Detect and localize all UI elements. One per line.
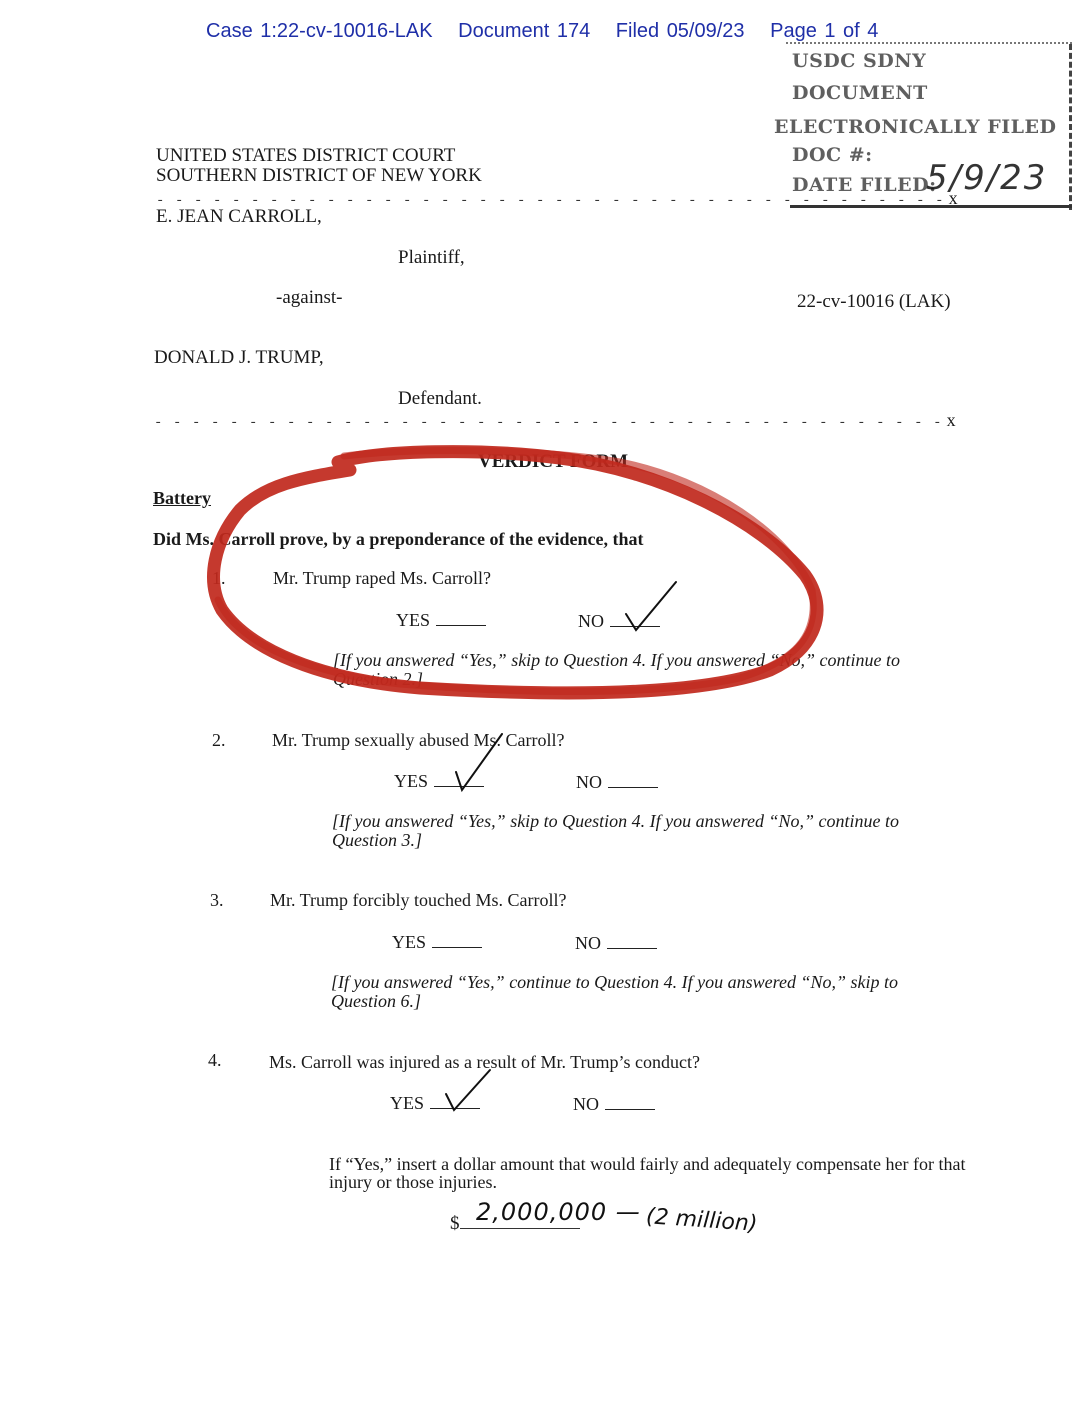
question-4-instruction: If “Yes,” insert a dollar amount that wo…	[329, 1155, 969, 1191]
yes-label: YES	[390, 1093, 424, 1113]
no-label: NO	[575, 933, 601, 953]
damages-amount-handwritten: 2,000,000 —	[476, 1198, 641, 1226]
case-id: Case 1:22-cv-10016-LAK	[206, 20, 433, 42]
stamp-border-right	[1069, 44, 1072, 210]
question-3-yes: YES	[392, 931, 482, 953]
document-number: Document 174	[458, 20, 590, 42]
caption-rule-bottom: - - - - - - - - - - - - - - - - - - - - …	[154, 410, 956, 431]
yes-blank[interactable]	[434, 770, 484, 787]
yes-label: YES	[394, 771, 428, 791]
dash-rule-end: x	[949, 188, 958, 208]
stamp-electronically-filed: ELECTRONICALLY FILED	[774, 116, 1056, 138]
question-2-no: NO	[576, 771, 658, 793]
dash-rule: - - - - - - - - - - - - - - - - - - - - …	[154, 415, 943, 431]
case-number: 22-cv-10016 (LAK)	[797, 291, 951, 313]
question-3-number: 3.	[210, 890, 224, 911]
versus: -against-	[276, 287, 342, 309]
question-3-text: Mr. Trump forcibly touched Ms. Carroll?	[270, 890, 566, 911]
question-1-no: NO	[578, 610, 660, 632]
no-blank[interactable]	[610, 610, 660, 627]
question-4-number: 4.	[208, 1050, 222, 1071]
question-3-no: NO	[575, 932, 657, 954]
plaintiff-role: Plaintiff,	[398, 247, 465, 269]
stamp-border-top	[786, 42, 1072, 44]
plaintiff-name: E. JEAN CARROLL,	[156, 206, 322, 228]
question-1-instruction: [If you answered “Yes,” skip to Question…	[333, 651, 963, 689]
question-1-number: 1.	[212, 568, 226, 589]
yes-blank[interactable]	[430, 1092, 480, 1109]
no-label: NO	[578, 611, 604, 631]
yes-blank[interactable]	[436, 609, 486, 626]
dash-rule-end: x	[947, 410, 956, 430]
no-blank[interactable]	[608, 771, 658, 788]
defendant-name: DONALD J. TRUMP,	[154, 347, 324, 369]
yes-blank[interactable]	[432, 931, 482, 948]
court-name-line2: SOUTHERN DISTRICT OF NEW YORK	[156, 166, 482, 186]
currency-symbol: $	[450, 1213, 460, 1234]
no-label: NO	[573, 1094, 599, 1114]
damages-note-handwritten: (2 million)	[645, 1204, 758, 1237]
question-2-text: Mr. Trump sexually abused Ms. Carroll?	[272, 730, 565, 751]
question-3-instruction: [If you answered “Yes,” continue to Ques…	[331, 973, 961, 1011]
court-name-line1: UNITED STATES DISTRICT COURT	[156, 146, 455, 166]
yes-label: YES	[396, 610, 430, 630]
question-4-yes: YES	[390, 1092, 480, 1114]
no-label: NO	[576, 772, 602, 792]
question-4-text: Ms. Carroll was injured as a result of M…	[269, 1052, 700, 1073]
stamp-doc-number: DOC #:	[792, 144, 873, 166]
question-1-text: Mr. Trump raped Ms. Carroll?	[273, 568, 491, 589]
no-blank[interactable]	[607, 932, 657, 949]
question-2-number: 2.	[212, 730, 226, 751]
question-1-yes: YES	[396, 609, 486, 631]
question-4-no: NO	[573, 1093, 655, 1115]
stamp-usdc: USDC SDNY	[792, 50, 926, 72]
section-heading: Battery	[153, 488, 211, 509]
lead-question: Did Ms. Carroll prove, by a preponderanc…	[153, 529, 643, 550]
no-blank[interactable]	[605, 1093, 655, 1110]
question-2-yes: YES	[394, 770, 484, 792]
page-indicator: Page 1 of 4	[770, 20, 878, 42]
yes-label: YES	[392, 932, 426, 952]
stamp-document: DOCUMENT	[792, 82, 928, 104]
filed-date: Filed 05/09/23	[616, 20, 745, 42]
question-2-instruction: [If you answered “Yes,” skip to Question…	[332, 812, 962, 850]
form-title: VERDICT FORM	[478, 451, 628, 473]
defendant-role: Defendant.	[398, 388, 482, 410]
